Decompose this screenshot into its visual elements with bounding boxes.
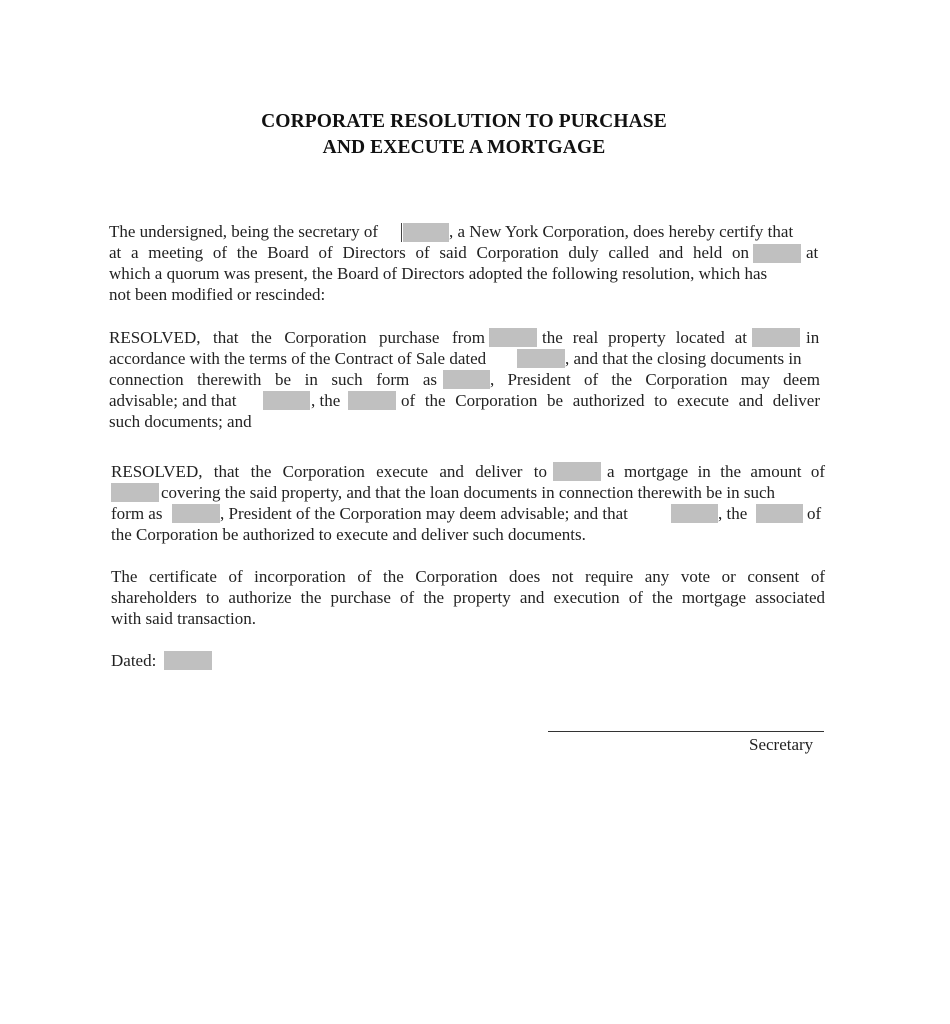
text: , President of the Corporation may deem xyxy=(490,370,820,390)
seller-name-field[interactable] xyxy=(489,328,537,347)
text: shareholders to authorize the purchase o… xyxy=(111,588,825,608)
text: , the xyxy=(718,504,747,524)
text: , President of the Corporation may deem … xyxy=(220,504,628,524)
text: The certificate of incorporation of the … xyxy=(111,567,825,587)
mortgage-amount-field[interactable] xyxy=(111,483,159,502)
text: , the xyxy=(311,391,340,411)
text-cursor xyxy=(401,223,402,242)
text: advisable; and that xyxy=(109,391,236,411)
officer-name-field[interactable] xyxy=(263,391,310,410)
property-address-field[interactable] xyxy=(752,328,800,347)
text: accordance with the terms of the Contrac… xyxy=(109,349,486,369)
text: not been modified or rescinded: xyxy=(109,285,325,305)
signature-label: Secretary xyxy=(749,735,813,755)
corporation-name-field[interactable] xyxy=(403,223,449,242)
text: a mortgage in the amount of xyxy=(607,462,825,482)
officer-title-field-2[interactable] xyxy=(756,504,803,523)
meeting-date-field[interactable] xyxy=(753,244,801,263)
contract-date-field[interactable] xyxy=(517,349,565,368)
document-title-line-2: AND EXECUTE A MORTGAGE xyxy=(0,137,928,159)
text: RESOLVED, that the Corporation purchase … xyxy=(109,328,485,348)
text: which a quorum was present, the Board of… xyxy=(109,264,767,284)
text: form as xyxy=(111,504,162,524)
text: with said transaction. xyxy=(111,609,256,629)
text: the Corporation be authorized to execute… xyxy=(111,525,586,545)
president-name-field-2[interactable] xyxy=(172,504,220,523)
text: covering the said property, and that the… xyxy=(161,483,775,503)
text: of xyxy=(807,504,821,524)
text: the real property located at xyxy=(542,328,747,348)
dated-date-field[interactable] xyxy=(164,651,212,670)
officer-title-field[interactable] xyxy=(348,391,396,410)
text: at a meeting of the Board of Directors o… xyxy=(109,243,749,263)
text: in xyxy=(806,328,819,348)
text: connection therewith be in such form as xyxy=(109,370,437,390)
text: The undersigned, being the secretary of xyxy=(109,222,378,242)
officer-name-field-2[interactable] xyxy=(671,504,718,523)
text: at xyxy=(806,243,818,263)
text: RESOLVED, that the Corporation execute a… xyxy=(111,462,547,482)
text: , and that the closing documents in xyxy=(565,349,802,369)
document-title-line-1: CORPORATE RESOLUTION TO PURCHASE xyxy=(0,111,928,133)
president-name-field[interactable] xyxy=(443,370,490,389)
text: of the Corporation be authorized to exec… xyxy=(401,391,820,411)
text: such documents; and xyxy=(109,412,252,432)
signature-line[interactable] xyxy=(548,731,824,732)
lender-name-field[interactable] xyxy=(553,462,601,481)
dated-label: Dated: xyxy=(111,651,156,671)
text: , a New York Corporation, does hereby ce… xyxy=(449,222,793,242)
